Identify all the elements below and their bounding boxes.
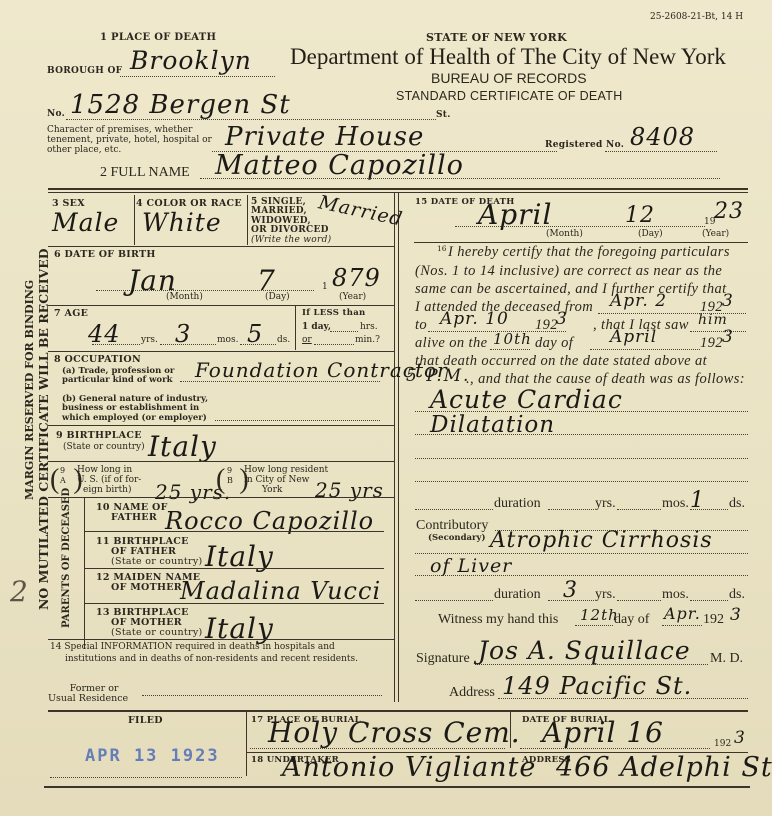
filed-line [50, 777, 242, 778]
dob-year-caption: (Year) [339, 293, 366, 303]
alive-month-line [590, 349, 700, 350]
us-duration-label: How long in U. S. (if of for- eign birth… [77, 466, 141, 496]
alive-day-line [490, 349, 530, 350]
filed-label: FILED [128, 716, 163, 726]
borough-line [120, 76, 275, 77]
signature-label: Signature [416, 651, 470, 667]
certificate-title: STANDARD CERTIFICATE OF DEATH [396, 89, 623, 103]
less-than-label: If LESS than [302, 309, 366, 318]
undertaker-address-value: 466 Adelphi St [556, 752, 772, 783]
primary-duration-label: duration [494, 496, 541, 512]
witness-text-b: day of [614, 612, 649, 628]
dob-year: 879 [332, 264, 381, 292]
primary-yrs-line [548, 509, 594, 510]
secondary-label: (Secondary) [428, 534, 485, 543]
physician-signature: Jos A. Squillace [478, 636, 691, 665]
min-label: min.? [355, 336, 380, 346]
margin-mutilated-text: NO MUTILATED CERTIFICATE WILL BE RECEIVE… [36, 248, 51, 610]
special-info-line1: 14 Special INFORMATION required in death… [50, 643, 335, 653]
attended-to-value: Apr. 10 [440, 309, 509, 329]
death-certificate: 25-2608-21-Bt, 14 H STATE OF NEW YORK De… [0, 0, 772, 816]
burial-year-value: 3 [734, 728, 746, 748]
birthplace-value: Italy [148, 430, 217, 463]
row-rule [48, 461, 394, 462]
form-code: 25-2608-21-Bt, 14 H [650, 13, 743, 23]
one-day-label: 1 day, [302, 323, 331, 333]
occupation-b-label-line: which employed (or employer) [62, 414, 208, 423]
contributory-line2-value: of Liver [430, 555, 512, 577]
cert-line5a: to [415, 317, 427, 334]
bureau-title: BUREAU OF RECORDS [431, 70, 587, 86]
attended-from-value: Apr. 2 [610, 291, 667, 311]
cause-line-3 [415, 458, 748, 459]
color-value: White [142, 208, 222, 237]
borough-value: Brooklyn [130, 46, 252, 75]
contrib-mos-label: mos. [662, 587, 689, 603]
father-birthplace-label: 11 BIRTHPLACE OF FATHER (State or countr… [96, 537, 203, 567]
attended-from-year: 3 [722, 291, 734, 311]
residence-line [142, 695, 382, 696]
mother-birthplace-value: Italy [205, 612, 274, 645]
registered-no-label: Registered No. [545, 141, 624, 150]
mother-name-value: Madalina Vucci [180, 577, 381, 605]
filed-stamp: APR 13 1923 [85, 746, 220, 766]
alive-year-value: 3 [722, 327, 734, 347]
certification-num: 16 [437, 245, 447, 253]
min-line [314, 344, 354, 345]
death-year-caption: (Year) [702, 230, 729, 240]
witness-text-c: 192 [703, 612, 724, 628]
occupation-b-label: (b) General nature of industry, business… [62, 395, 208, 423]
death-time-value: 5 P.M. [406, 366, 470, 386]
witness-day-value: 12th [580, 606, 619, 624]
us-duration-label-line: eign birth) [77, 486, 141, 496]
contributory-line-2 [415, 553, 748, 554]
contributory-duration-label: duration [494, 587, 541, 603]
dob-year-prefix: 1 [322, 283, 328, 293]
bottom-rule [44, 786, 750, 788]
label-line: FATHER [96, 513, 168, 523]
center-divider [394, 192, 395, 702]
contrib-ds-label: ds. [729, 587, 745, 603]
death-year: 23 [714, 199, 744, 224]
age-label: 7 AGE [54, 309, 88, 319]
age-days-line [240, 344, 276, 345]
special-info-line2: institutions and in deaths of non-reside… [65, 655, 358, 665]
witness-month-value: Apr. [664, 604, 701, 623]
row-rule [48, 639, 394, 640]
dob-day-caption: (Day) [265, 293, 290, 303]
sex-value: Male [52, 208, 119, 237]
witness-text-a: Witness my hand this [438, 612, 558, 628]
place-of-burial-value: Holy Cross Cem. [268, 716, 521, 749]
death-month: April [478, 198, 552, 231]
occupation-b-line [215, 420, 380, 421]
death-month-caption: (Month) [546, 230, 583, 240]
cause-line-4 [415, 481, 748, 482]
cert-line3: same can be ascertained, and I further c… [415, 281, 727, 298]
row-rule [48, 425, 394, 426]
yrs-label: yrs. [141, 336, 158, 346]
death-day-caption: (Day) [638, 230, 663, 240]
contributory-line1-value: Atrophic Cirrhosis [490, 528, 713, 553]
primary-mos-pre-line [617, 509, 661, 510]
label-line: Usual Residence [48, 694, 128, 704]
row-rule [84, 568, 384, 569]
contrib-ds-line [690, 600, 728, 601]
row-rule [414, 242, 748, 243]
margin-annotation: 2 [10, 575, 29, 608]
primary-mos-label: mos. [662, 496, 689, 512]
burial-year-prefix: 192 [714, 740, 731, 750]
department-title: Department of Health of The City of New … [290, 44, 726, 70]
full-name-label: 2 FULL NAME [100, 165, 190, 181]
occupation-a-label: (a) Trade, profession or particular kind… [62, 367, 174, 386]
death-day: 12 [625, 203, 655, 228]
physician-address: 149 Pacific St. [502, 672, 692, 700]
street-address-value: 1528 Bergen St [70, 90, 291, 120]
divider [134, 195, 135, 245]
dob-month-caption: (Month) [166, 293, 203, 303]
registered-no-line [605, 151, 717, 152]
undertaker-value: Antonio Vigliante [282, 752, 536, 783]
row-rule [48, 246, 394, 247]
date-of-burial-value: April 16 [542, 716, 664, 749]
duration-pre-line [415, 600, 493, 601]
or-label: or [302, 336, 312, 346]
row-rule [84, 531, 384, 532]
contrib-yrs-line [548, 600, 594, 601]
divider [247, 195, 248, 245]
residence-label: Former or Usual Residence [60, 684, 128, 705]
witness-year-value: 3 [730, 605, 742, 625]
place-of-death-label: 1 PLACE OF DEATH [100, 33, 216, 44]
parents-divider [84, 497, 85, 649]
label-line: (State or country) [96, 557, 203, 567]
parents-of-deceased-label: PARENTS OF DECEASED [61, 488, 72, 628]
mos-label: mos. [217, 336, 238, 346]
row-rule [48, 351, 394, 352]
alive-month-value: April [610, 327, 657, 347]
ds-label: ds. [277, 336, 290, 346]
last-saw-line [690, 331, 746, 332]
filed-divider [246, 712, 247, 776]
last-saw-value: him [698, 312, 728, 328]
registered-no-value: 8408 [630, 123, 695, 151]
premises-label: Character of premises, whether tenement,… [47, 125, 227, 155]
margin-binding-text: MARGIN RESERVED FOR BINDING [23, 280, 36, 500]
contrib-mos-pre-line [617, 600, 661, 601]
row-rule [48, 305, 394, 306]
address-label: Address [449, 685, 495, 701]
marital-label-line: (Write the word) [251, 236, 331, 245]
alive-day-value: 10th [493, 330, 532, 348]
city-duration-value: 25 yrs [315, 478, 384, 502]
frame-top-rule [48, 188, 748, 190]
label-line: (State or country) [96, 628, 203, 638]
bottom-section-rule [48, 710, 748, 712]
birthplace-label: 9 BIRTHPLACE [56, 431, 142, 441]
street-no-label: No. [47, 110, 65, 119]
premises-value: Private House [225, 122, 424, 152]
row-rule [84, 603, 384, 604]
b-letter: B [227, 477, 233, 486]
birthplace-sublabel: (State or country) [63, 443, 145, 453]
a-letter: A [60, 477, 66, 486]
cert-line6c: 192 [700, 335, 723, 352]
hrs-line [330, 331, 358, 332]
cert-line2: (Nos. 1 to 14 inclusive) are correct as … [415, 263, 722, 280]
cert-line1: I hereby certify that the foregoing part… [448, 244, 730, 261]
nine-b: 9 [227, 467, 232, 476]
cert-line6b: day of [535, 335, 573, 352]
borough-label: BOROUGH OF [47, 67, 122, 76]
full-name-value: Matteo Capozillo [215, 150, 464, 181]
hrs-label: hrs. [360, 323, 378, 333]
witness-day-line [575, 625, 613, 626]
primary-ds-label: ds. [729, 496, 745, 512]
dob-label: 6 DATE OF BIRTH [54, 250, 156, 260]
cert-line6a: alive on the [415, 335, 487, 352]
st-label: St. [436, 111, 451, 120]
attended-to-year: 3 [556, 309, 568, 329]
contributory-label: Contributory [416, 518, 488, 534]
duration-pre-line [415, 509, 493, 510]
state-title: STATE OF NEW YORK [426, 32, 567, 44]
md-label: M. D. [710, 651, 743, 667]
row-rule [48, 497, 394, 498]
cert-line5b: 192 [535, 317, 558, 334]
witness-month-line [662, 625, 702, 626]
occupation-label: 8 OCCUPATION [54, 355, 141, 365]
nine-a: 9 [60, 467, 65, 476]
age-months-line [160, 344, 216, 345]
age-years-line [92, 344, 140, 345]
father-name-label: 10 NAME OF FATHER [96, 503, 168, 523]
divider [295, 305, 296, 350]
occupation-a-label-line: particular kind of work [62, 376, 174, 385]
primary-yrs-label: yrs. [595, 496, 616, 512]
contrib-yrs-label: yrs. [595, 587, 616, 603]
mother-birthplace-label: 13 BIRTHPLACE OF MOTHER (State or countr… [96, 608, 203, 638]
cause-line2-value: Dilatation [430, 412, 555, 438]
primary-ds-line [690, 509, 728, 510]
center-divider-2 [398, 192, 399, 702]
cause-line1-value: Acute Cardiac [430, 385, 623, 414]
